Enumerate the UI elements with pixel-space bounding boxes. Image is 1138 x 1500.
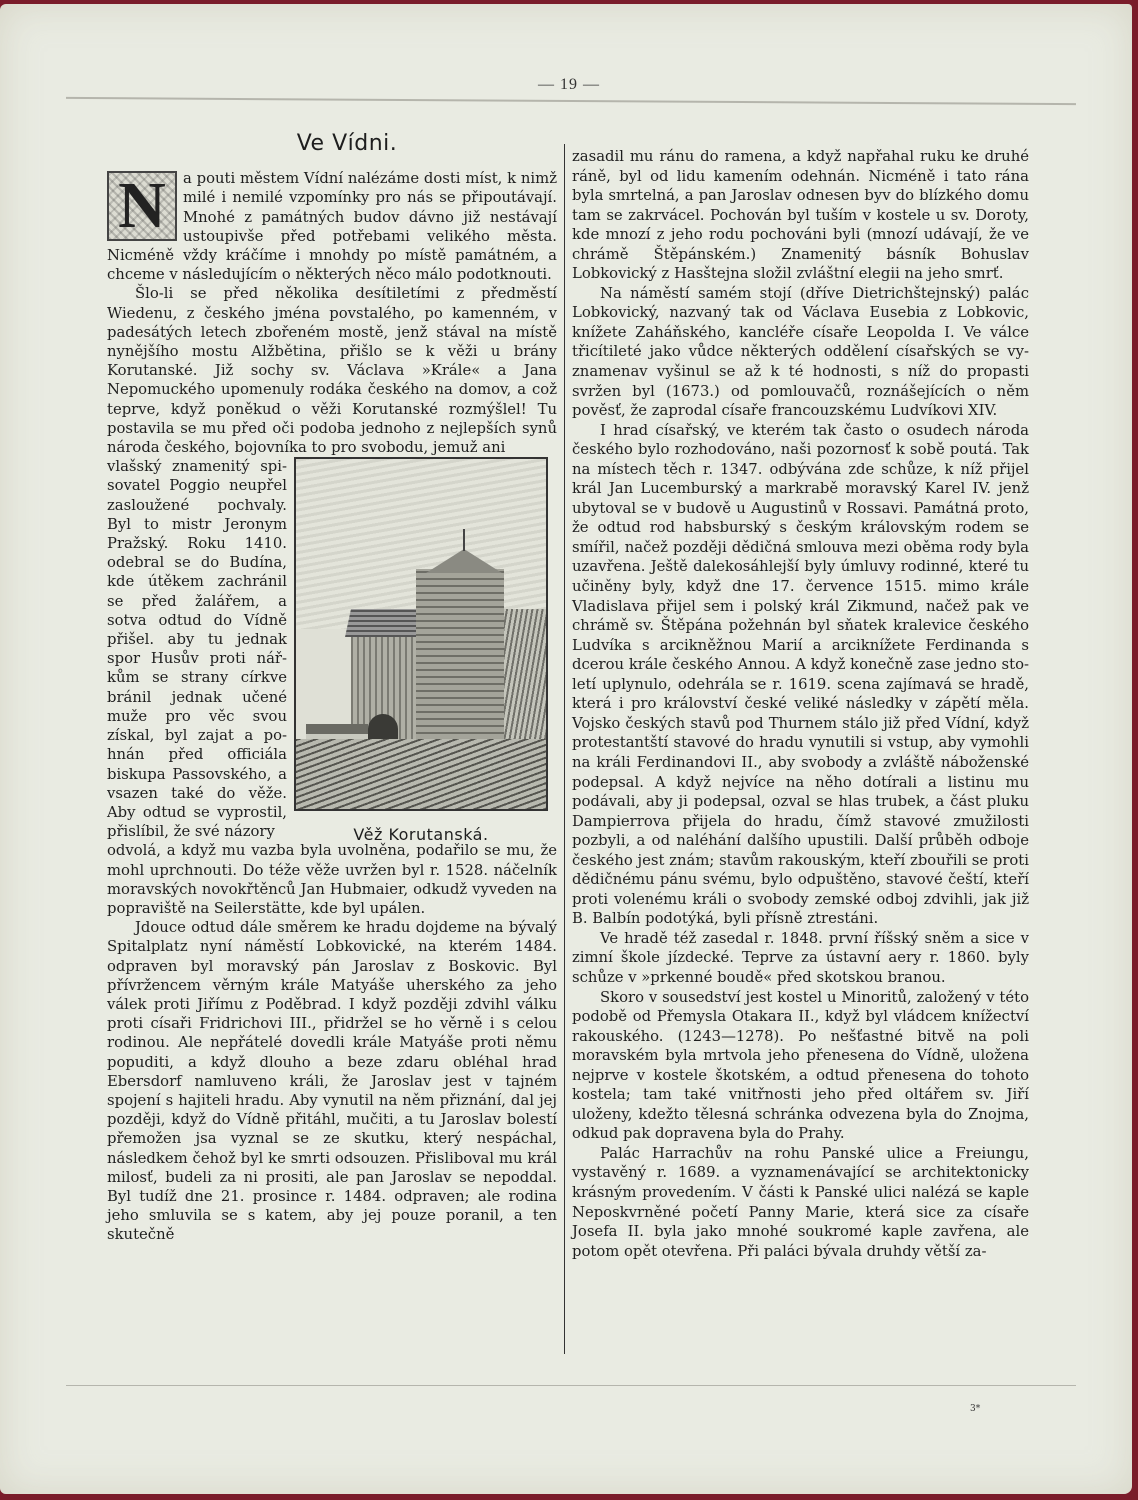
book-page: — 19 — Ve Vídni. N a pouti městem Vídní … xyxy=(0,4,1132,1494)
ornamental-dropcap-icon: N xyxy=(107,171,177,241)
printer-signature-mark: 3* xyxy=(970,1404,980,1414)
right-column: zasadil mu ránu do ramena, a když napřah… xyxy=(572,147,1029,1261)
paragraph: I hrad císařský, ve kterém tak často o o… xyxy=(572,421,1029,929)
article-title: Ve Vídni. xyxy=(107,134,557,153)
left-column: Ve Vídni. N a pouti městem Vídní nalézám… xyxy=(107,134,557,1245)
paragraph: Palác Harrachův na rohu Panské ulice a F… xyxy=(572,1144,1029,1261)
paragraph: Skoro v sousedství jest kostel u Minorit… xyxy=(572,988,1029,1144)
paragraph: Na náměstí samém stojí (dříve Dietrichšt… xyxy=(572,284,1029,421)
figure-caption: Věž Korutanská. xyxy=(290,825,552,844)
opening-paragraph: N a pouti městem Vídní nalézáme dosti mí… xyxy=(107,169,557,284)
paragraph: Jdouce odtud dále směrem ke hradu dojdem… xyxy=(107,918,557,1244)
tower-engraving-image xyxy=(294,457,548,811)
page-number: — 19 — xyxy=(0,76,1138,94)
footer-rule xyxy=(66,1385,1076,1386)
paragraph: zasadil mu ránu do ramena, a když napřah… xyxy=(572,147,1029,284)
paragraph-wrapped: vlašský znamenitý spi­sovatel Poggio neu… xyxy=(107,457,287,841)
paragraph: Ve hradě též zasedal r. 1848. první říšs… xyxy=(572,929,1029,988)
header-rule xyxy=(66,97,1076,105)
paragraph: Šlo-li se před několika desítiletími z p… xyxy=(107,284,557,457)
paragraph: odvolá, a když mu vazba byla uvolněna, p… xyxy=(107,841,557,918)
column-divider xyxy=(564,144,565,1354)
illustration-figure: Věž Korutanská. xyxy=(290,457,552,844)
